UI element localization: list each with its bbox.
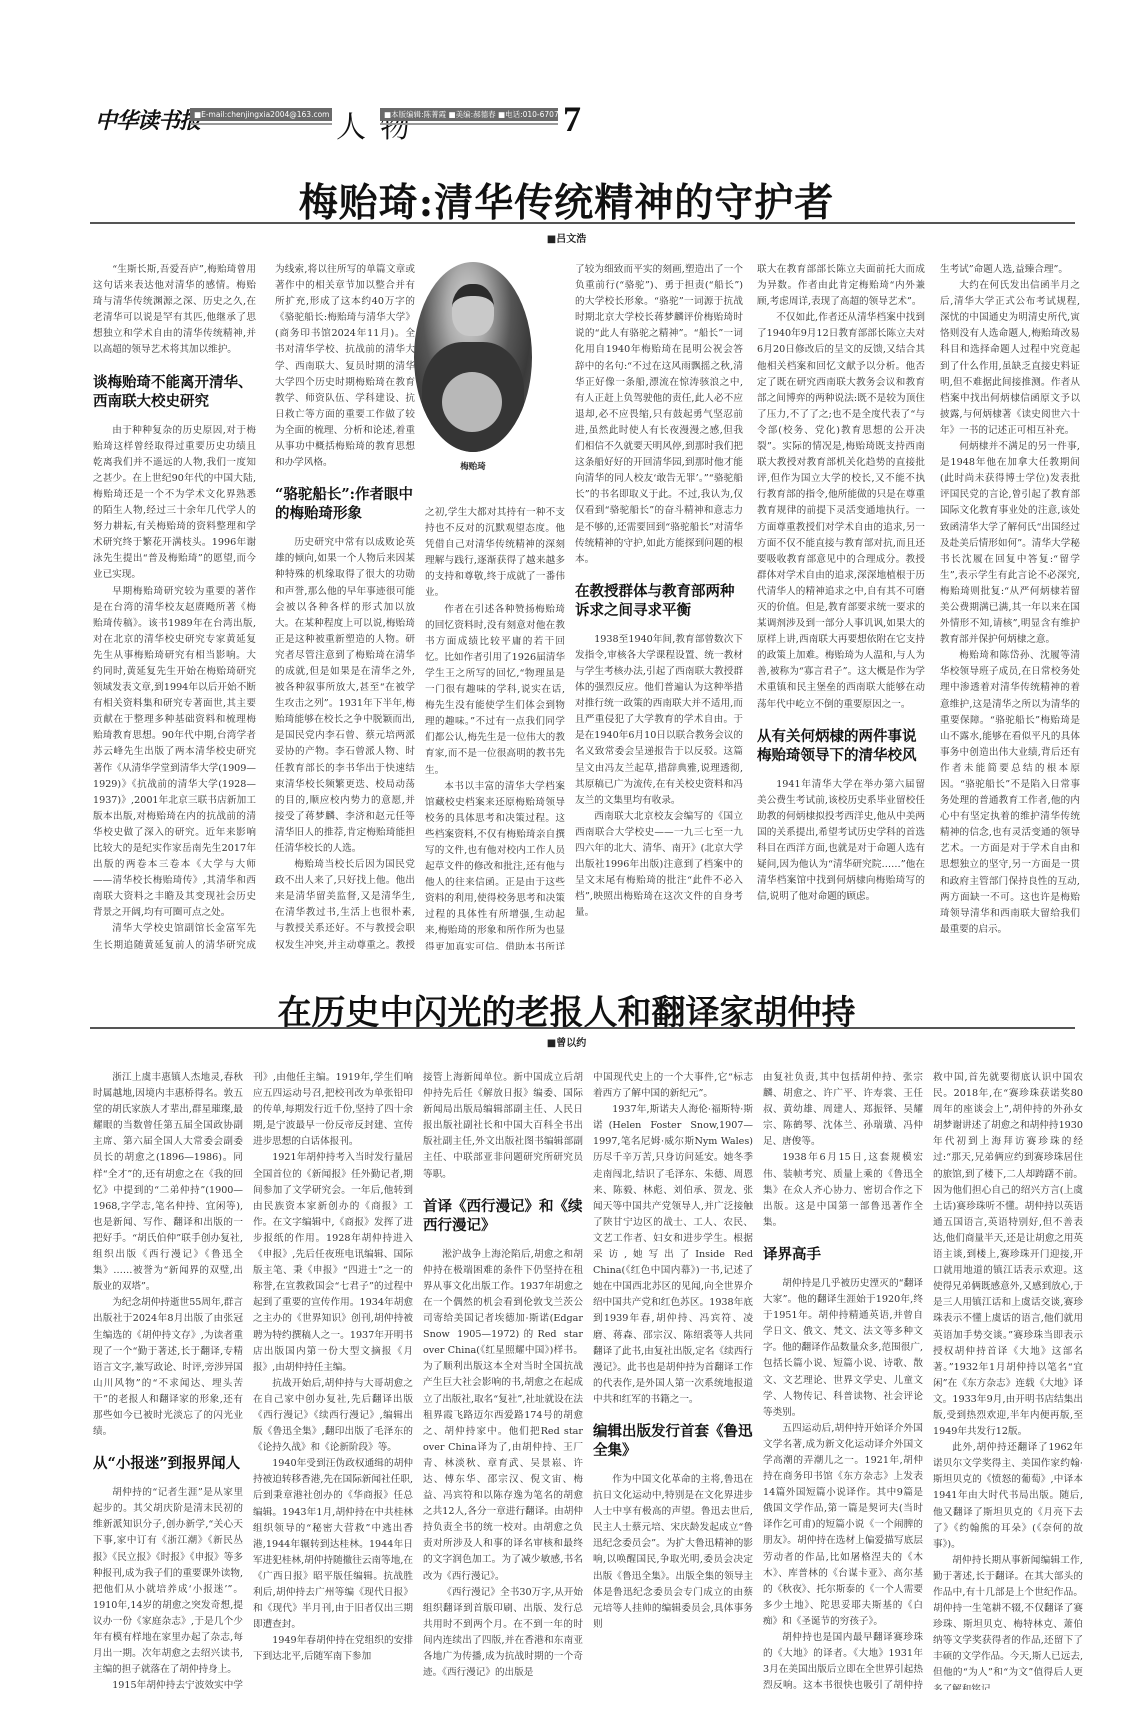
paragraph: 接管上海新闻单位。新中国成立后胡仲持先后任《解放日报》编委、国际新闻局出版局编辑…	[423, 1070, 583, 1183]
masthead-editor-bar: ■本版编辑:陈菁霞 ■美编:郝德春 ■电话:010-67078065 2025年…	[380, 108, 558, 121]
paragraph: 梅贻琦当校长后因为国民党政不出人来了,只好找上他。他出来是清华留美监督,又是清华…	[275, 857, 415, 952]
paragraph: 浙江上虞丰惠镇人杰地灵,春秋时属越地,因境内丰惠桥得名。敦五堂的胡氏家族人才辈出…	[93, 1070, 243, 1295]
paragraph: 此外,胡仲持还翻译了1962年诺贝尔文学奖得主、美国作家约翰·斯坦贝克的《愤怒的…	[933, 1440, 1083, 1553]
portrait-photo	[414, 262, 532, 452]
paragraph: 胡仲持也是国内最早翻译赛珍珠的《大地》的译者。《大地》1931年3月在美国出版后…	[763, 1630, 923, 1690]
article1-column-6: 生考试”命题人选,益臻合理”。大约在何氏发出信函半月之后,清华大学正式公布考试规…	[940, 262, 1080, 952]
paragraph: “生斯长斯,吾爱吾庐”,梅贻琦曾用这句话来表达他对清华的感情。梅贻琦与清华传统渊…	[93, 262, 256, 359]
article2-column-4: 中国现代史上的一个大事件,它“标志着西方了解中国的新纪元”。1937年,斯诺夫人…	[593, 1070, 753, 1690]
photo-caption: 梅贻琦	[414, 460, 532, 472]
paragraph: 1938至1940年间,教育部曾数次下发指令,审核各大学课程设置、统一教材与学生…	[575, 632, 743, 809]
portrait-head	[452, 284, 494, 336]
paragraph: 何炳棣并不满足的另一件事,是1948年他在加拿大任教期间(此时尚未获得博士学位)…	[940, 439, 1080, 648]
paragraph: 《西行漫记》全书30万字,从开始组织翻译到首版印刷、出版、发行总共用时不到两个月…	[423, 1585, 583, 1682]
article1-column-3: 之初,学生大都对其持有一种不支持也不反对的沉默观望态度。他凭借自己对清华传统精神…	[425, 505, 565, 950]
paragraph: 由复社负责,其中包括胡仲持、张宗麟、胡愈之、许广平、许寿裳、王任叔、黄幼雄、周建…	[763, 1070, 923, 1150]
paragraph: 抗战开始后,胡仲持与大哥胡愈之在自己家中创办复社,先后翻译出版《西行漫记》《续西…	[253, 1376, 413, 1456]
paragraph: 胡仲持的“记者生涯”是从家里起步的。其父胡庆阶是清末民初的维新派知识分子,创办新…	[93, 1485, 243, 1678]
article2-column-3: 接管上海新闻单位。新中国成立后胡仲持先后任《解放日报》编委、国际新闻局出版局编辑…	[423, 1070, 583, 1690]
paragraph: 五四运动后,胡仲持开始译介外国文学名著,成为新文化运动译介外国文学高潮的弄潮儿之…	[763, 1421, 923, 1630]
article1-column-4: 了较为细致而平实的刻画,塑造出了一个负重前行(“骆驼”)、勇于担责(“船长”)的…	[575, 262, 743, 952]
article2-column-2: 刊》,由他任主编。1919年,学生们响应五四运动号召,把校刊改为单张铅印的传单,…	[253, 1070, 413, 1690]
article2-rule	[90, 1027, 1075, 1029]
paragraph: 之初,学生大都对其持有一种不支持也不反对的沉默观望态度。他凭借自己对清华传统精神…	[425, 505, 565, 602]
article2-column-5: 由复社负责,其中包括胡仲持、张宗麟、胡愈之、许广平、许寿裳、王任叔、黄幼雄、周建…	[763, 1070, 923, 1690]
paragraph: 淞沪战争上海沦陷后,胡愈之和胡仲持在极端困难的条件下仍坚持在租界从事文化出版工作…	[423, 1247, 583, 1585]
paragraph: 西南联大北京校友会编写的《国立西南联合大学校史——一九三七至一九四六年的北大、清…	[575, 809, 743, 922]
paragraph: 胡仲持是几乎被历史湮灭的“翻译大家”。他的翻译生涯始于1920年,终于1951年…	[763, 1276, 923, 1421]
paragraph: 1921年胡仲持考入当时发行量居全国首位的《新闻报》任外勤记者,期间参加了文学研…	[253, 1150, 413, 1375]
paragraph: 早期梅贻琦研究较为重要的著作是在台湾的清华校友赵赓飏所著《梅贻琦传稿》。该书19…	[93, 584, 256, 922]
article1-column-2: 为线索,将以往所写的单篇文章或著作中的相关章节加以整合并有所扩充,形成了这本约4…	[275, 262, 415, 952]
subheading: 首译《西行漫记》和《续西行漫记》	[423, 1197, 583, 1235]
paragraph: 救中国,首先就要彻底认识中国农民。2018年,在“赛珍珠获诺奖80周年的座谈会上…	[933, 1070, 1083, 1440]
subheading: 在教授群体与教育部两种诉求之间寻求平衡	[575, 582, 743, 620]
article1-column-1: “生斯长斯,吾爱吾庐”,梅贻琦曾用这句话来表达他对清华的感情。梅贻琦与清华传统渊…	[93, 262, 256, 952]
paragraph: 为线索,将以往所写的单篇文章或著作中的相关章节加以整合并有所扩充,形成了这本约4…	[275, 262, 415, 471]
paragraph: 大约在何氏发出信函半月之后,清华大学正式公布考试规程,深忧的中国通史为明清史所代…	[940, 278, 1080, 439]
paragraph: 联大在教育部部长陈立夫面前托大而成为异数。作者由此肯定梅贻琦“内外兼顾,考虑周详…	[757, 262, 925, 310]
paragraph: 1938年6月15日,这套规模宏伟、装帧考究、质量上乘的《鲁迅全集》在众人齐心协…	[763, 1150, 923, 1230]
newspaper-logo: 中华读书报	[95, 104, 200, 135]
paragraph: 作为中国文化革命的主将,鲁迅在抗日文化运动中,特别是在文化界进步人士中享有极高的…	[593, 1472, 753, 1633]
paragraph: 生考试”命题人选,益臻合理”。	[940, 262, 1080, 278]
paragraph: 1949年春胡仲持在党组织的安排下到达北平,后随军南下参加	[253, 1633, 413, 1665]
paragraph: 历史研究中常有以成败论英雄的倾向,如果一个人物后来因某种特殊的机缘取得了很大的功…	[275, 535, 415, 857]
article1-headline: 梅贻琦:清华传统精神的守护者	[0, 172, 1133, 228]
paragraph: 1940年受到汪伪政权通缉的胡仲持被迫转移香港,先在国际新闻社任职,后到秉章港社…	[253, 1456, 413, 1633]
subheading: 谈梅贻琦不能离开清华、西南联大校史研究	[93, 373, 256, 411]
paragraph: 为纪念胡仲持逝世55周年,群言出版社于2024年8月出版了由张冠生编选的《胡仲持…	[93, 1295, 243, 1440]
subheading: 译界高手	[763, 1245, 923, 1264]
paragraph: 梅贻琦和陈岱孙、沈履等清华校领导班子成员,在日常校务处理中渗透着对清华传统精神的…	[940, 648, 1080, 938]
paragraph: 清华大学校史馆副馆长金富军先生长期追随黄延复前人的清华研究成果,在“校史研究人物…	[93, 921, 256, 952]
subheading: 从有关何炳棣的两件事说梅贻琦领导下的清华校风	[757, 727, 925, 765]
masthead-left-rule	[190, 123, 332, 125]
subheading: “骆驼船长”:作者眼中的梅贻琦形象	[275, 485, 415, 523]
paragraph: 了较为细致而平实的刻画,塑造出了一个负重前行(“骆驼”)、勇于担责(“船长”)的…	[575, 262, 743, 568]
masthead-right-rule	[380, 123, 558, 125]
paragraph: 中国现代史上的一个大事件,它“标志着西方了解中国的新纪元”。	[593, 1070, 753, 1102]
portrait-hat	[442, 372, 502, 432]
article2-column-1: 浙江上虞丰惠镇人杰地灵,春秋时属越地,因境内丰惠桥得名。敦五堂的胡氏家族人才辈出…	[93, 1070, 243, 1690]
article2-column-6: 救中国,首先就要彻底认识中国农民。2018年,在“赛珍珠获诺奖80周年的座谈会上…	[933, 1070, 1083, 1690]
article2-byline: ■曾以约	[0, 1034, 1133, 1049]
paragraph: 1941年清华大学在举办第六届留美公费生考试前,该校历史系毕业留校任助教的何炳棣…	[757, 777, 925, 906]
article1-rule	[90, 222, 1075, 224]
paragraph: 1937年,斯诺夫人海伦·福斯特·斯诺(Helen Foster Snow,19…	[593, 1102, 753, 1408]
masthead: 中华读书报 ■E-mail:chenjingxia2004@163.com ■校…	[95, 100, 1075, 140]
subheading: 编辑出版发行首套《鲁迅全集》	[593, 1422, 753, 1460]
article1-byline: ■吕文浩	[0, 230, 1133, 245]
paragraph: 由于种种复杂的历史原因,对于梅贻琦这样曾经取得过重要历史功绩且乾离我们并不遥远的…	[93, 423, 256, 584]
paragraph: 作者在引述各种赞扬梅贻琦的回忆资料时,没有刻意对他在教书方面成绩比较平庸的若干回…	[425, 602, 565, 779]
paragraph: 本书以丰富的清华大学档案馆藏校史档案来还原梅贻琦领导校务的具体思考和决策过程。这…	[425, 779, 565, 950]
paragraph: 胡仲持长期从事新闻编辑工作,勤于著述,长于翻译。在其大部头的作品中,有十几部是上…	[933, 1553, 1083, 1690]
paragraph: 不仅如此,作者还从清华档案中找到了1940年9月12日教育部部长陈立夫对6月20…	[757, 310, 925, 712]
paragraph: 刊》,由他任主编。1919年,学生们响应五四运动号召,把校刊改为单张铅印的传单,…	[253, 1070, 413, 1150]
article1-column-5: 联大在教育部部长陈立夫面前托大而成为异数。作者由此肯定梅贻琦“内外兼顾,考虑周详…	[757, 262, 925, 952]
subheading: 从“小报迷”到报界闻人	[93, 1454, 243, 1473]
paragraph: 1915年胡仲持去宁波效实中学读书,与几位进步同学发起创办了白话体油印校刊《学生…	[93, 1678, 243, 1690]
masthead-contact-bar: ■E-mail:chenjingxia2004@163.com ■校对:张为民	[190, 108, 332, 121]
portrait-photo-frame: 梅贻琦	[414, 262, 534, 492]
page-number: 7	[563, 98, 581, 140]
